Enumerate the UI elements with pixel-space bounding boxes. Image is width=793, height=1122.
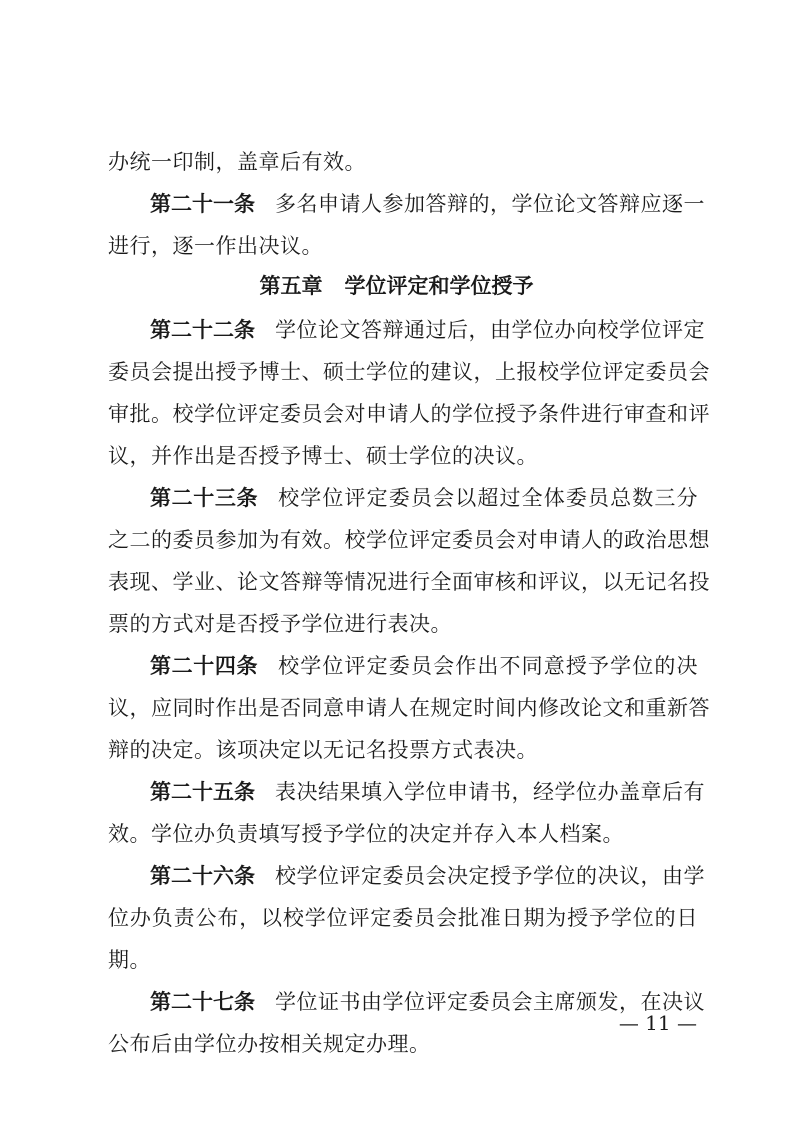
continuation-text: 办统一印制，盖章后有效。 — [108, 148, 698, 176]
article-23-line-4: 票的方式对是否授予学位进行表决。 — [108, 610, 698, 638]
article-26-line-1: 第二十六条校学位评定委员会决定授予学位的决议，由学 — [150, 862, 698, 890]
chapter-number: 第五章 — [260, 274, 323, 298]
article-23-line-2: 之二的委员参加为有效。校学位评定委员会对申请人的政治思想 — [108, 526, 698, 554]
article-27-line-2: 公布后由学位办按相关规定办理。 — [108, 1030, 698, 1058]
article-24-line-2: 议，应同时作出是否同意申请人在规定时间内修改论文和重新答 — [108, 694, 698, 722]
article-23-line-3: 表现、学业、论文答辩等情况进行全面审核和评议，以无记名投 — [108, 568, 698, 596]
article-label: 第二十七条 — [150, 990, 255, 1014]
article-24-line-1: 第二十四条校学位评定委员会作出不同意授予学位的决 — [150, 652, 698, 680]
article-25-line-2: 效。学位办负责填写授予学位的决定并存入本人档案。 — [108, 820, 698, 848]
chapter-title: 学位评定和学位授予 — [345, 274, 534, 298]
article-27-line-1: 第二十七条学位证书由学位评定委员会主席颁发，在决议 — [150, 988, 698, 1016]
article-25-line-1: 第二十五条表决结果填入学位申请书，经学位办盖章后有 — [150, 778, 698, 806]
article-22-line-1: 第二十二条学位论文答辩通过后，由学位办向校学位评定 — [150, 316, 698, 344]
article-label: 第二十二条 — [150, 318, 255, 342]
article-21-line-1: 第二十一条多名申请人参加答辩的，学位论文答辩应逐一 — [150, 190, 698, 218]
article-22-line-4: 议，并作出是否授予博士、硕士学位的决议。 — [108, 442, 698, 470]
article-21-line-2: 进行，逐一作出决议。 — [108, 232, 698, 260]
document-page: 办统一印制，盖章后有效。 第二十一条多名申请人参加答辩的，学位论文答辩应逐一 进… — [0, 0, 793, 1122]
page-number: — 11 — — [619, 1010, 697, 1036]
article-23-line-1: 第二十三条校学位评定委员会以超过全体委员总数三分 — [150, 484, 698, 512]
article-label: 第二十三条 — [150, 486, 258, 510]
article-label: 第二十四条 — [150, 654, 258, 678]
article-22-line-2: 委员会提出授予博士、硕士学位的建议，上报校学位评定委员会 — [108, 358, 698, 386]
article-26-line-3: 期。 — [108, 946, 698, 974]
article-label: 第二十六条 — [150, 864, 255, 888]
article-label: 第二十五条 — [150, 780, 255, 804]
chapter-heading: 第五章学位评定和学位授予 — [0, 272, 793, 300]
article-26-line-2: 位办负责公布，以校学位评定委员会批准日期为授予学位的日 — [108, 904, 698, 932]
article-22-line-3: 审批。校学位评定委员会对申请人的学位授予条件进行审查和评 — [108, 400, 698, 428]
article-label: 第二十一条 — [150, 192, 255, 216]
article-24-line-3: 辩的决定。该项决定以无记名投票方式表决。 — [108, 736, 698, 764]
